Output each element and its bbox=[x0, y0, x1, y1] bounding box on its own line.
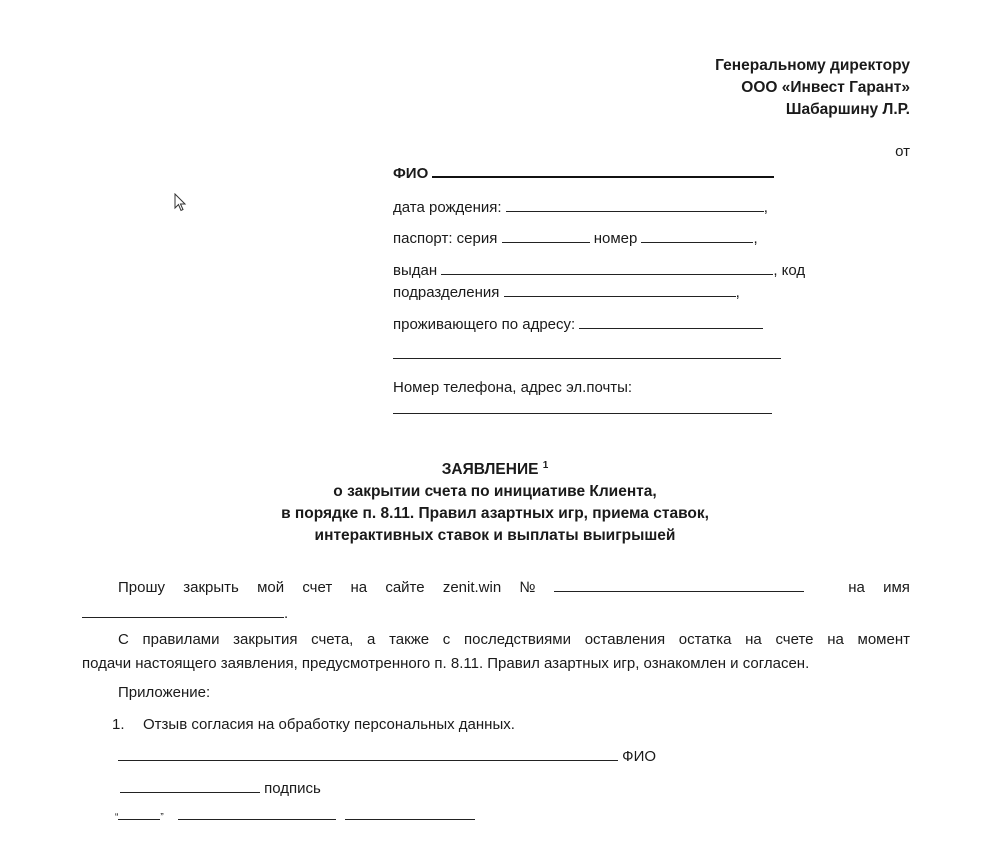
request-paragraph: Прошузакрытьмойсчетнасайтеzenit.win№наим… bbox=[82, 576, 910, 626]
from-label: от bbox=[895, 143, 910, 160]
request-word: сайте bbox=[385, 576, 424, 600]
request-word: счет bbox=[302, 576, 332, 600]
title-line-2: о закрытии счета по инициативе Клиента, bbox=[200, 481, 790, 503]
account-number-line[interactable] bbox=[554, 590, 804, 592]
addressee-block: Генеральному директору ООО «Инвест Гаран… bbox=[715, 55, 910, 121]
date-field[interactable]: “” bbox=[115, 812, 475, 823]
signature-label: подпись bbox=[264, 780, 321, 797]
address-line[interactable] bbox=[579, 327, 763, 329]
signature-line[interactable] bbox=[120, 791, 260, 793]
date-day-line[interactable] bbox=[118, 818, 160, 820]
passport-number-label: номер bbox=[594, 230, 638, 247]
comma: , bbox=[753, 230, 757, 247]
fio-line[interactable] bbox=[432, 175, 774, 178]
passport-field[interactable]: паспорт: серия номер , bbox=[393, 230, 758, 247]
consent-paragraph: С правилами закрытия счета, а также с по… bbox=[82, 628, 910, 676]
attachment-number: 1. bbox=[112, 716, 143, 733]
consent-line-2: подачи настоящего заявления, предусмотре… bbox=[82, 652, 910, 676]
date-year-line[interactable] bbox=[345, 818, 475, 820]
request-word: мой bbox=[257, 576, 284, 600]
account-holder-line[interactable] bbox=[82, 616, 284, 618]
attachment-label: Приложение: bbox=[118, 684, 210, 701]
passport-series-line[interactable] bbox=[502, 241, 590, 243]
subdivision-line[interactable] bbox=[504, 295, 736, 297]
birth-date-label: дата рождения: bbox=[393, 199, 502, 216]
date-month-line[interactable] bbox=[178, 818, 336, 820]
title-heading: ЗАЯВЛЕНИЕ bbox=[442, 461, 539, 478]
contact-field[interactable] bbox=[393, 401, 772, 418]
addressee-company: ООО «Инвест Гарант» bbox=[715, 77, 910, 99]
title-line-3: в порядке п. 8.11. Правил азартных игр, … bbox=[200, 503, 790, 525]
request-word: на bbox=[350, 576, 367, 600]
birth-date-field[interactable]: дата рождения: , bbox=[393, 199, 768, 216]
subdivision-field[interactable]: подразделения , bbox=[393, 284, 740, 301]
signature-field[interactable]: подпись bbox=[120, 780, 321, 797]
consent-line-1: С правилами закрытия счета, а также с по… bbox=[82, 628, 910, 652]
passport-series-label: паспорт: серия bbox=[393, 230, 497, 247]
request-word: на bbox=[848, 576, 865, 600]
fio-field[interactable]: ФИО bbox=[393, 165, 774, 182]
comma: , bbox=[736, 284, 740, 301]
contact-line[interactable] bbox=[393, 412, 772, 414]
request-word: zenit.win bbox=[443, 576, 501, 600]
signature-fio-line[interactable] bbox=[118, 759, 618, 761]
signature-fio-field[interactable]: ФИО bbox=[118, 748, 656, 765]
passport-number-line[interactable] bbox=[641, 241, 753, 243]
request-word: № bbox=[519, 576, 535, 600]
code-label: , код bbox=[773, 262, 805, 279]
request-word: Прошу bbox=[118, 576, 165, 600]
quote-close: ” bbox=[160, 812, 163, 823]
request-line: Прошузакрытьмойсчетнасайтеzenit.win№наим… bbox=[82, 576, 910, 600]
addressee-name: Шабаршину Л.Р. bbox=[715, 99, 910, 121]
title-line-4: интерактивных ставок и выплаты выигрышей bbox=[200, 525, 790, 547]
document-title: ЗАЯВЛЕНИЕ 1 о закрытии счета по инициати… bbox=[200, 455, 790, 547]
address-label: проживающего по адресу: bbox=[393, 316, 575, 333]
issued-field[interactable]: выдан , код bbox=[393, 262, 805, 279]
mouse-cursor-icon bbox=[174, 193, 188, 213]
birth-date-line[interactable] bbox=[506, 210, 764, 212]
issued-label: выдан bbox=[393, 262, 437, 279]
period: . bbox=[284, 605, 288, 622]
attachment-item: 1.Отзыв согласия на обработку персональн… bbox=[112, 716, 515, 733]
subdivision-label: подразделения bbox=[393, 284, 499, 301]
request-word: закрыть bbox=[183, 576, 239, 600]
addressee-position: Генеральному директору bbox=[715, 55, 910, 77]
address-field[interactable]: проживающего по адресу: bbox=[393, 316, 763, 333]
fio-label: ФИО bbox=[393, 165, 428, 182]
issued-line[interactable] bbox=[441, 273, 773, 275]
contact-label: Номер телефона, адрес эл.почты: bbox=[393, 379, 632, 396]
address-line-2[interactable] bbox=[393, 346, 781, 363]
comma: , bbox=[764, 199, 768, 216]
footnote-mark: 1 bbox=[543, 460, 549, 471]
signature-fio-label: ФИО bbox=[622, 748, 656, 765]
address-continuation-line[interactable] bbox=[393, 357, 781, 359]
request-word: имя bbox=[883, 576, 910, 600]
attachment-text: Отзыв согласия на обработку персональных… bbox=[143, 716, 515, 733]
